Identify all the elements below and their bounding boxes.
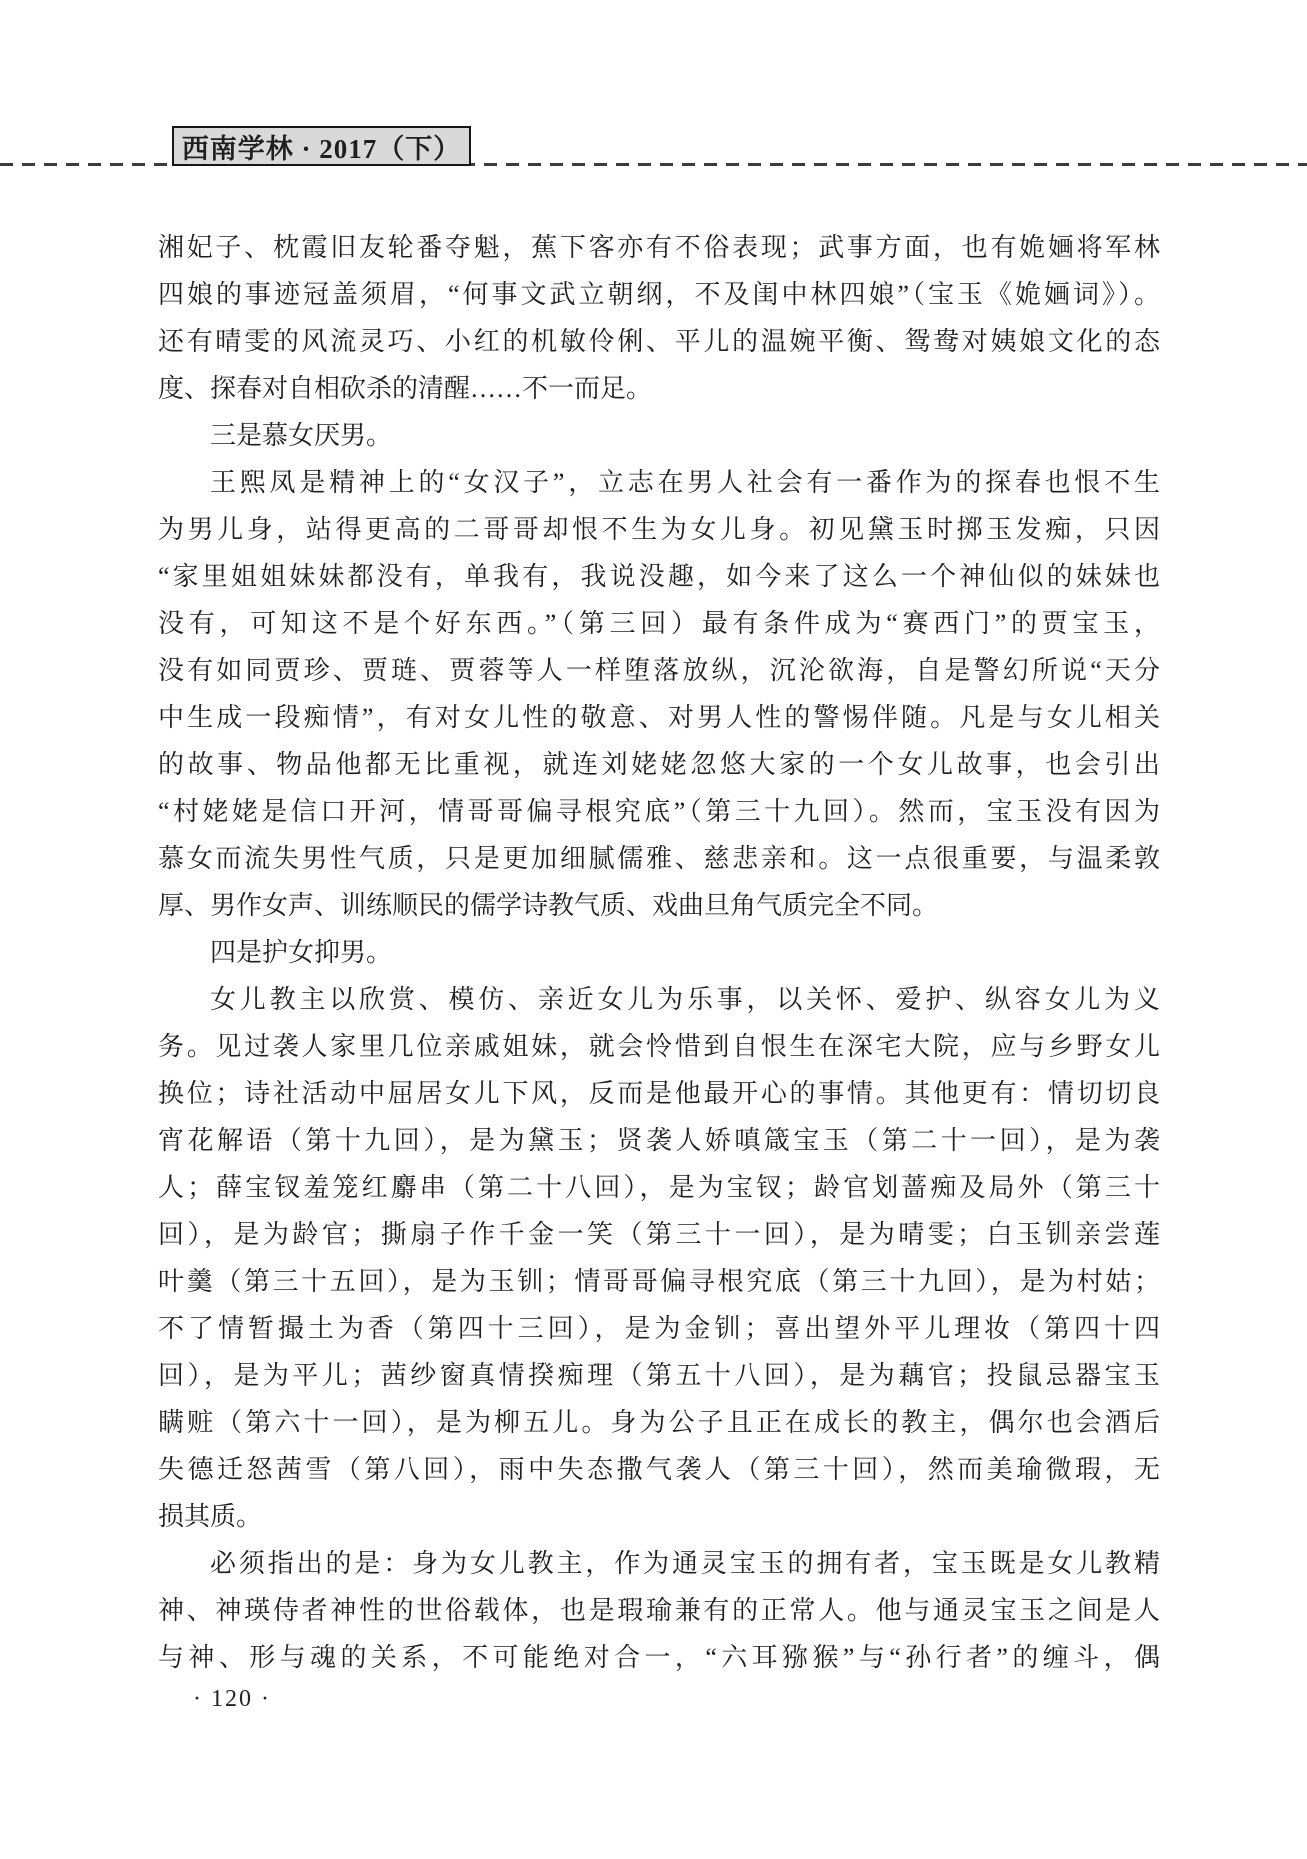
- text-line: 厚、男作女声、训练顺民的儒学诗教气质、戏曲旦角气质完全不同。: [158, 882, 1160, 929]
- text-line: “村姥姥是信口开河，情哥哥偏寻根究底”（第三十九回）。然而，宝玉没有因为: [158, 788, 1160, 835]
- body-text-block: 湘妃子、枕霞旧友轮番夺魁，蕉下客亦有不俗表现；武事方面，也有姽婳将军林 四娘的事…: [158, 224, 1160, 1681]
- text-line: 务。见过袭人家里几位亲戚姐妹，就会怜惜到自恨生在深宅大院，应与乡野女儿: [158, 1023, 1160, 1070]
- text-line: 为男儿身，站得更高的二哥哥却恨不生为女儿身。初见黛玉时掷玉发痴，只因: [158, 506, 1160, 553]
- text-line: 人；薛宝钗羞笼红麝串（第二十八回），是为宝钗；龄官划蔷痴及局外（第三十: [158, 1164, 1160, 1211]
- text-line: 神、神瑛侍者神性的世俗载体，也是瑕瑜兼有的正常人。他与通灵宝玉之间是人: [158, 1587, 1160, 1634]
- text-line: 还有晴雯的风流灵巧、小红的机敏伶俐、平儿的温婉平衡、鸳鸯对姨娘文化的态: [158, 318, 1160, 365]
- text-line: 回），是为龄官；撕扇子作千金一笑（第三十一回），是为晴雯；白玉钏亲尝莲: [158, 1211, 1160, 1258]
- document-page: 西南学林 · 2017（下） 湘妃子、枕霞旧友轮番夺魁，蕉下客亦有不俗表现；武事…: [0, 0, 1307, 1859]
- text-line: 损其质。: [158, 1493, 1160, 1540]
- text-line: 与神、形与魂的关系，不可能绝对合一，“六耳猕猴”与“孙行者”的缠斗，偶: [158, 1634, 1160, 1681]
- text-line: 度、探春对自相砍杀的清醒……不一而足。: [158, 365, 1160, 412]
- text-line: 瞒赃（第六十一回），是为柳五儿。身为公子且正在成长的教主，偶尔也会酒后: [158, 1399, 1160, 1446]
- text-line: 湘妃子、枕霞旧友轮番夺魁，蕉下客亦有不俗表现；武事方面，也有姽婳将军林: [158, 224, 1160, 271]
- text-line: 回），是为平儿；茜纱窗真情揆痴理（第五十八回），是为藕官；投鼠忌器宝玉: [158, 1352, 1160, 1399]
- text-line: 女儿教主以欣赏、模仿、亲近女儿为乐事，以关怀、爱护、纵容女儿为义: [158, 976, 1160, 1023]
- text-line: 宵花解语（第十九回），是为黛玉；贤袭人娇嗔箴宝玉（第二十一回），是为袭: [158, 1117, 1160, 1164]
- text-line: 换位；诗社活动中屈居女儿下风，反而是他最开心的事情。其他更有：情切切良: [158, 1070, 1160, 1117]
- text-line: 四是护女抑男。: [158, 929, 1160, 976]
- journal-header-badge: 西南学林 · 2017（下）: [172, 126, 471, 166]
- journal-title: 西南学林 · 2017（下）: [182, 127, 462, 166]
- text-line: 不了情暂撮土为香（第四十三回），是为金钏；喜出望外平儿理妆（第四十四: [158, 1305, 1160, 1352]
- text-line: 四娘的事迹冠盖须眉，“何事文武立朝纲，不及闺中林四娘”（宝玉《姽婳词》）。: [158, 271, 1160, 318]
- text-line: 的故事、物品他都无比重视，就连刘姥姥忽悠大家的一个女儿故事，也会引出: [158, 741, 1160, 788]
- text-line: 必须指出的是：身为女儿教主，作为通灵宝玉的拥有者，宝玉既是女儿教精: [158, 1540, 1160, 1587]
- text-line: 中生成一段痴情”，有对女儿性的敬意、对男人性的警惕伴随。凡是与女儿相关: [158, 694, 1160, 741]
- text-line: “家里姐姐妹妹都没有，单我有，我说没趣，如今来了这么一个神仙似的妹妹也: [158, 553, 1160, 600]
- text-line: 叶羹（第三十五回），是为玉钏；情哥哥偏寻根究底（第三十九回），是为村姑；: [158, 1258, 1160, 1305]
- page-number: · 120 ·: [193, 1686, 271, 1713]
- text-line: 失德迁怒茜雪（第八回），雨中失态撒气袭人（第三十回），然而美瑜微瑕，无: [158, 1446, 1160, 1493]
- text-line: 没有，可知这不是个好东西。”（第三回）最有条件成为“赛西门”的贾宝玉，: [158, 600, 1160, 647]
- text-line: 王熙凤是精神上的“女汉子”，立志在男人社会有一番作为的探春也恨不生: [158, 459, 1160, 506]
- text-line: 慕女而流失男性气质，只是更加细腻儒雅、慈悲亲和。这一点很重要，与温柔敦: [158, 835, 1160, 882]
- text-line: 没有如同贾珍、贾琏、贾蓉等人一样堕落放纵，沉沦欲海，自是警幻所说“天分: [158, 647, 1160, 694]
- text-line: 三是慕女厌男。: [158, 412, 1160, 459]
